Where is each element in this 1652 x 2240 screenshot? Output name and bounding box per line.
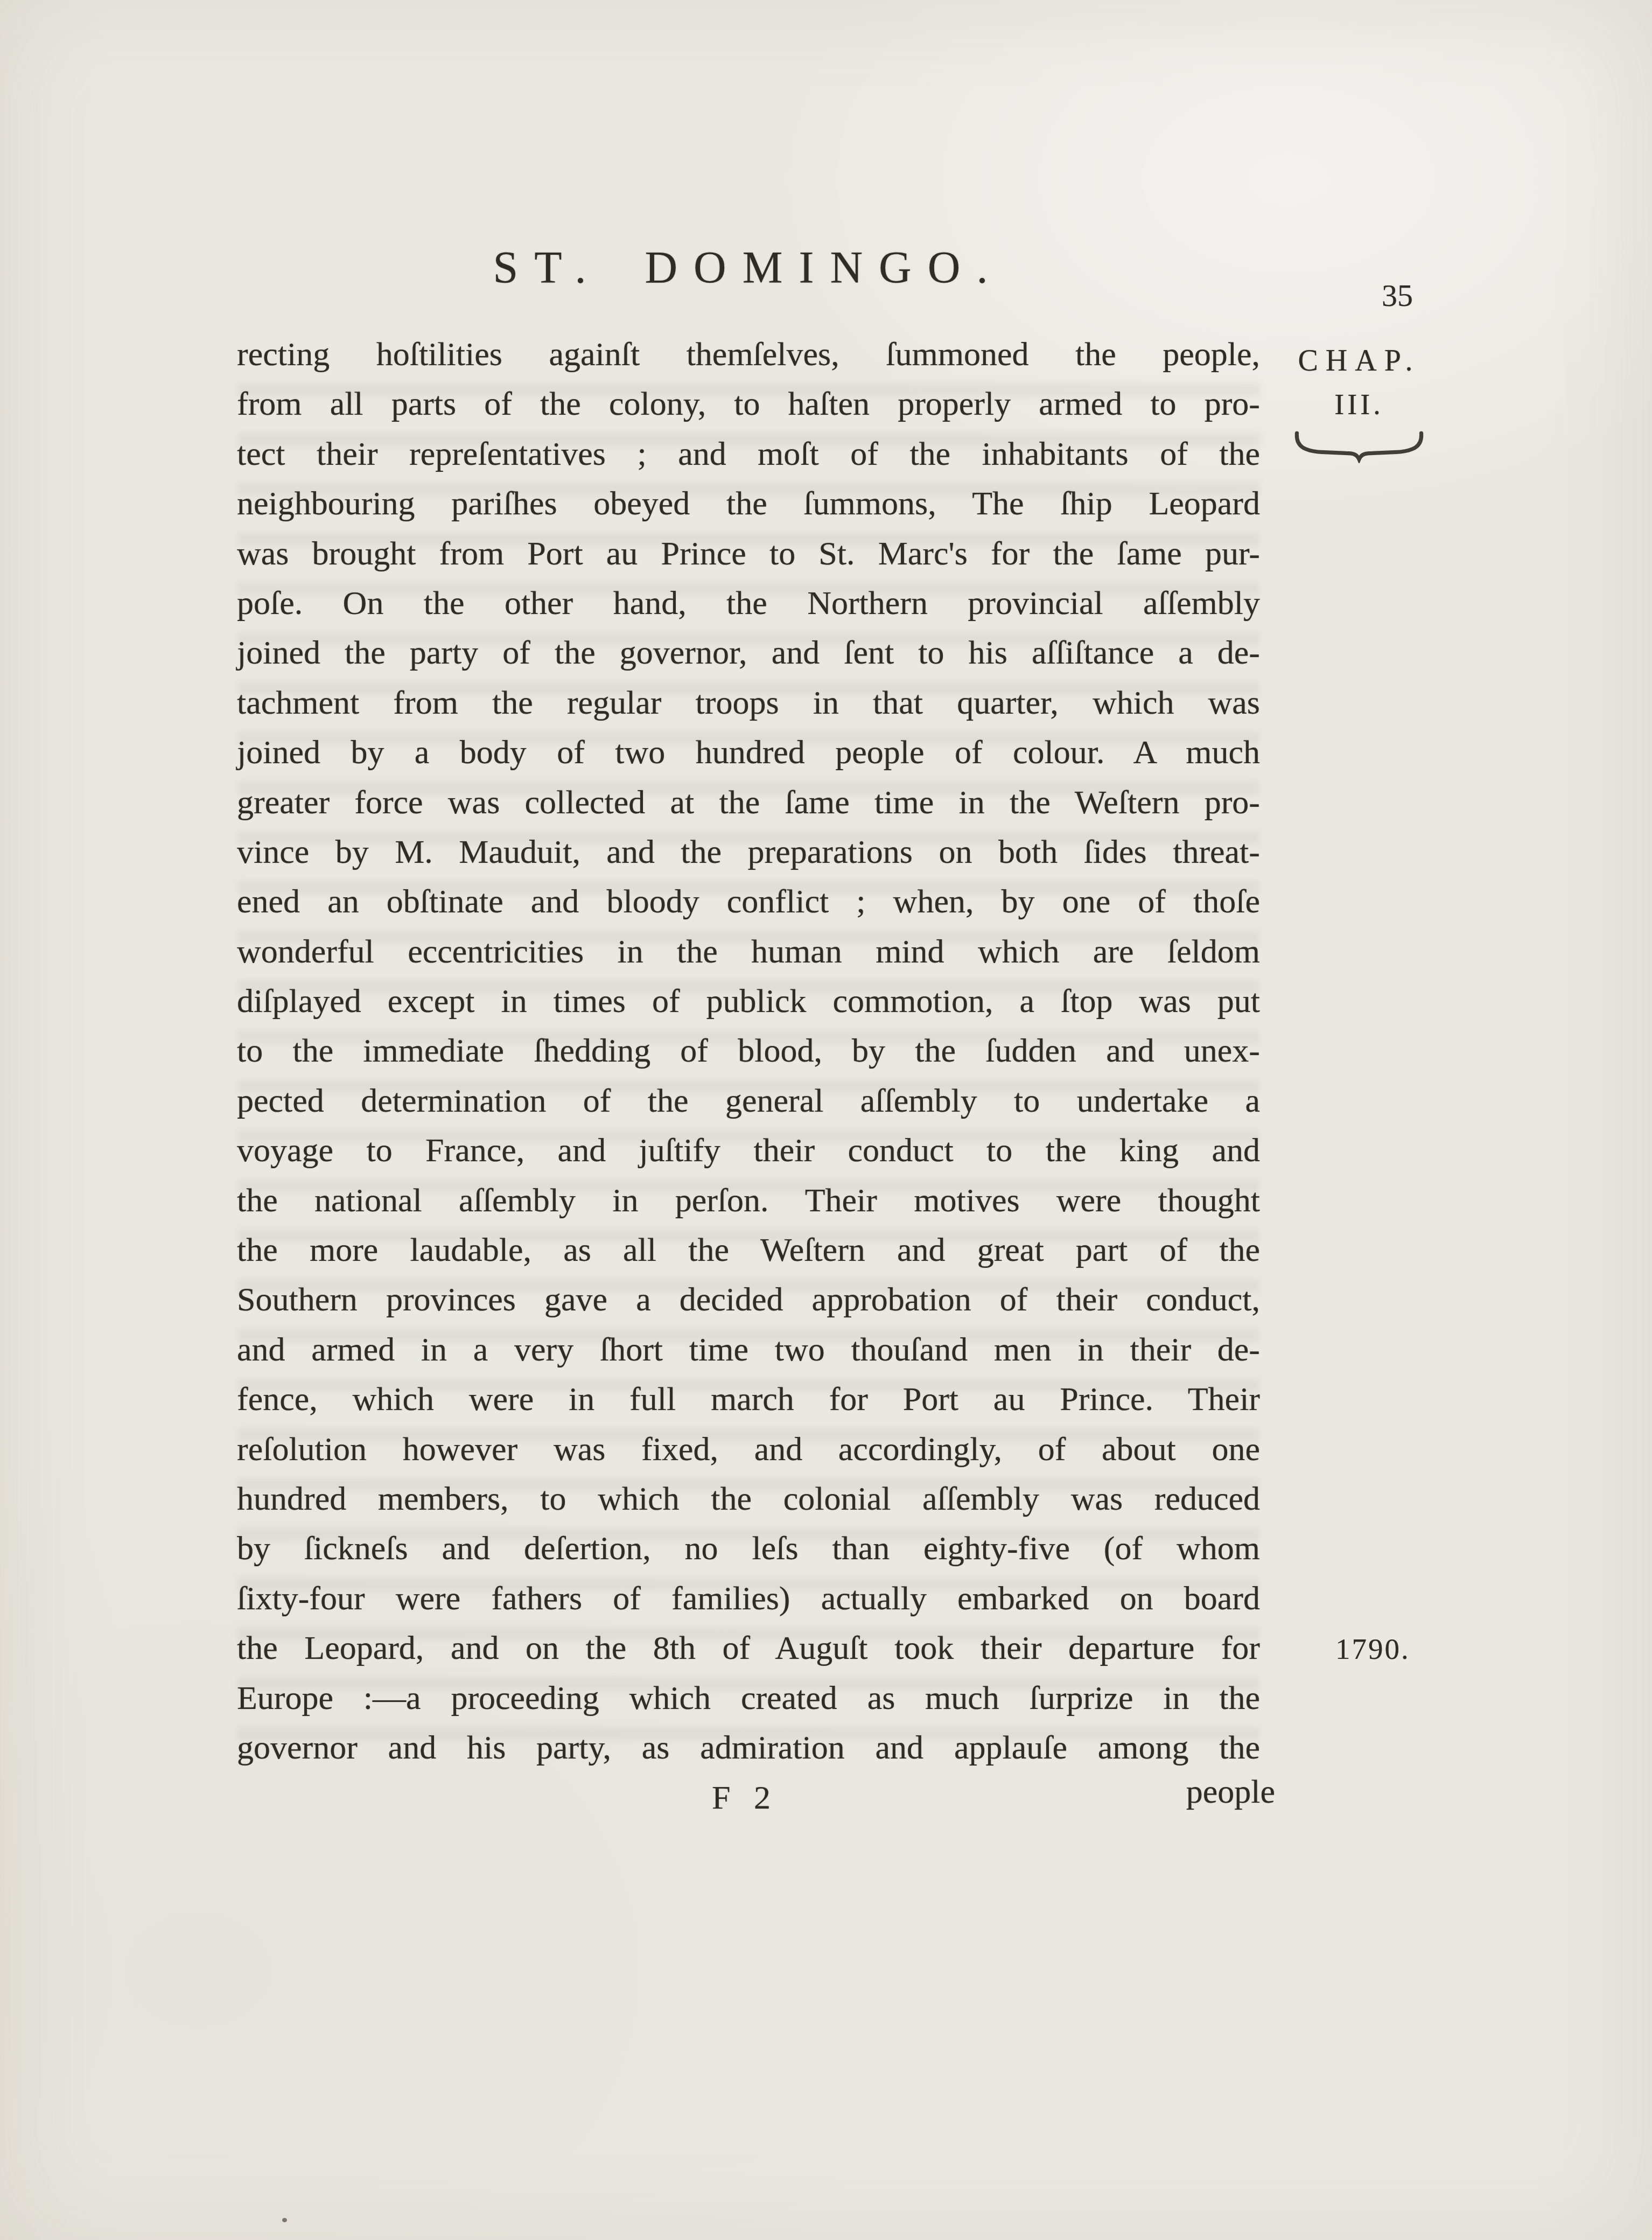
text-line: joined by a body of two hundred people o…	[237, 728, 1260, 777]
page-number: 35	[1382, 280, 1413, 311]
text-line: hundred members, to which the colonial a…	[237, 1474, 1260, 1524]
book-page: ST. DOMINGO. 35 CHAP. III. recting hoſti…	[0, 0, 1652, 2240]
text-line: the Leopard, and on the 8th of Auguſt to…	[237, 1623, 1260, 1673]
chapter-numeral: III.	[1334, 390, 1383, 419]
ink-speck	[282, 2218, 287, 2222]
text-line: Southern provinces gave a decided approb…	[237, 1275, 1260, 1324]
text-line: to the immediate ſhedding of blood, by t…	[237, 1026, 1260, 1076]
text-line: Europe :—a proceeding which created as m…	[237, 1673, 1260, 1723]
text-line: and armed in a very ſhort time two thouſ…	[237, 1325, 1260, 1374]
text-line: fence, which were in full march for Port…	[237, 1374, 1260, 1424]
running-header: ST. DOMINGO.	[237, 246, 1260, 291]
text-line: reſolution however was fixed, and accord…	[237, 1425, 1260, 1474]
text-line: poſe. On the other hand, the Northern pr…	[237, 578, 1260, 628]
text-line: neighbouring pariſhes obeyed the ſummons…	[237, 479, 1260, 528]
text-line: governor and his party, as admiration an…	[237, 1723, 1260, 1773]
signature-mark: F 2	[712, 1781, 778, 1815]
text-line: tect their repreſentatives ; and moſt of…	[237, 429, 1260, 479]
text-line: ſixty-four were fathers of families) act…	[237, 1574, 1260, 1623]
text-line: was brought from Port au Prince to St. M…	[237, 529, 1260, 578]
text-line: wonderful eccentricities in the human mi…	[237, 927, 1260, 976]
chapter-label: CHAP.	[1298, 346, 1420, 376]
text-line: by ſickneſs and deſertion, no leſs than …	[237, 1524, 1260, 1573]
text-line: vince by M. Mauduit, and the preparation…	[237, 827, 1260, 877]
text-line: pected determination of the general aſſe…	[237, 1076, 1260, 1126]
year-margin-note: 1790.	[1335, 1634, 1410, 1664]
text-line: voyage to France, and juſtify their cond…	[237, 1126, 1260, 1175]
text-line: recting hoſtilities againſt themſelves, …	[237, 330, 1260, 379]
catchword: people	[1186, 1775, 1275, 1809]
text-line: tachment from the regular troops in that…	[237, 678, 1260, 728]
chapter-margin-note: CHAP. III.	[1288, 346, 1430, 463]
text-line: joined the party of the governor, and ſe…	[237, 628, 1260, 678]
text-line: the more laudable, as all the Weſtern an…	[237, 1225, 1260, 1275]
text-line: the national aſſembly in perſon. Their m…	[237, 1176, 1260, 1225]
body-text-block: recting hoſtilities againſt themſelves, …	[237, 330, 1260, 1773]
text-line: from all parts of the colony, to haſten …	[237, 379, 1260, 429]
chapter-brace-ornament	[1290, 428, 1428, 463]
text-line: ened an obſtinate and bloody conflict ; …	[237, 877, 1260, 926]
text-line: greater force was collected at the ſame …	[237, 778, 1260, 827]
text-line: diſplayed except in times of publick com…	[237, 976, 1260, 1026]
